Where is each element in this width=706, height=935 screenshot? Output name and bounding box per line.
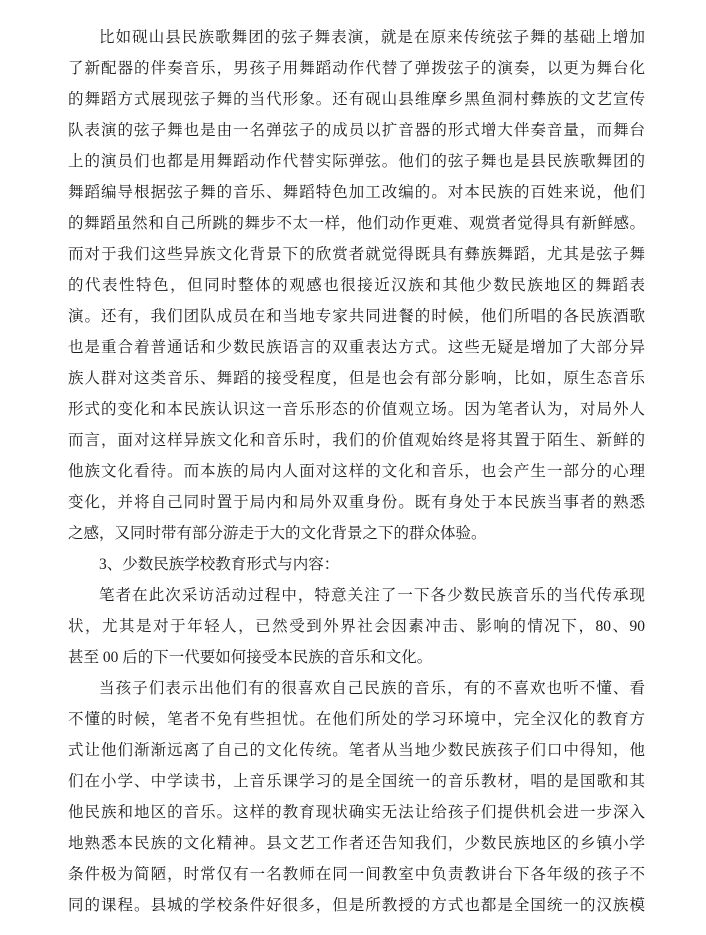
paragraph: 3、少数民族学校教育形式与内容： [68, 549, 645, 580]
text-line: 而对于我们这些异族文化背景下的欣赏者就觉得既具有彝族舞蹈，尤其是弦子舞 [68, 239, 645, 270]
paragraph: 比如砚山县民族歌舞团的弦子舞表演，就是在原来传统弦子舞的基础上增加了新配器的伴奏… [68, 22, 645, 549]
paragraph: 当孩子们表示出他们有的很喜欢自己民族的音乐，有的不喜欢也听不懂、看不懂的时候，笔… [68, 673, 645, 921]
text-line: 们在小学、中学读书，上音乐课学习的是全国统一的音乐教材，唱的是国歌和其 [68, 766, 645, 797]
text-line: 也是重合着普通话和少数民族语言的双重表达方式。这些无疑是增加了大部分异 [68, 332, 645, 363]
text-line: 比如砚山县民族歌舞团的弦子舞表演，就是在原来传统弦子舞的基础上增加 [68, 22, 645, 53]
text-line: 甚至 00 后的下一代要如何接受本民族的音乐和文化。 [68, 642, 645, 673]
text-line: 他民族和地区的音乐。这样的教育现状确实无法让给孩子们提供机会进一步深入 [68, 797, 645, 828]
text-line: 不懂的时候，笔者不免有些担忧。在他们所处的学习环境中，完全汉化的教育方 [68, 704, 645, 735]
text-line: 式让他们渐渐远离了自己的文化传统。笔者从当地少数民族孩子们口中得知，他 [68, 735, 645, 766]
text-line: 条件极为简陋，时常仅有一名教师在同一间教室中负责教讲台下各年级的孩子不 [68, 859, 645, 890]
document-page: 比如砚山县民族歌舞团的弦子舞表演，就是在原来传统弦子舞的基础上增加了新配器的伴奏… [0, 0, 706, 935]
text-line: 的舞蹈虽然和自己所跳的舞步不太一样，他们动作更难、观赏者觉得具有新鲜感。 [68, 208, 645, 239]
text-line: 同的课程。县城的学校条件好很多，但是所教授的方式也都是全国统一的汉族模 [68, 890, 645, 921]
text-block: 比如砚山县民族歌舞团的弦子舞表演，就是在原来传统弦子舞的基础上增加了新配器的伴奏… [68, 22, 645, 921]
paragraph: 笔者在此次采访活动过程中，特意关注了一下各少数民族音乐的当代传承现状，尤其是对于… [68, 580, 645, 673]
text-line: 上的演员们也都是用舞蹈动作代替实际弹弦。他们的弦子舞也是县民族歌舞团的 [68, 146, 645, 177]
text-line: 变化，并将自己同时置于局内和局外双重身份。既有身处于本民族当事者的熟悉 [68, 487, 645, 518]
text-line: 地熟悉本民族的文化精神。县文艺工作者还告知我们，少数民族地区的乡镇小学 [68, 828, 645, 859]
text-line: 笔者在此次采访活动过程中，特意关注了一下各少数民族音乐的当代传承现 [68, 580, 645, 611]
text-line: 的代表性特色，但同时整体的观感也很接近汉族和其他少数民族地区的舞蹈表 [68, 270, 645, 301]
text-line: 而言，面对这样异族文化和音乐时，我们的价值观始终是将其置于陌生、新鲜的 [68, 425, 645, 456]
text-line: 3、少数民族学校教育形式与内容： [68, 549, 645, 580]
text-line: 状，尤其是对于年轻人，已然受到外界社会因素冲击、影响的情况下，80、90 [68, 611, 645, 642]
text-line: 舞蹈编导根据弦子舞的音乐、舞蹈特色加工改编的。对本民族的百姓来说，他们 [68, 177, 645, 208]
text-line: 之感，又同时带有部分游走于大的文化背景之下的群众体验。 [68, 518, 645, 549]
text-line: 队表演的弦子舞也是由一名弹弦子的成员以扩音器的形式增大伴奏音量，而舞台 [68, 115, 645, 146]
text-line: 的舞蹈方式展现弦子舞的当代形象。还有砚山县维摩乡黑鱼洞村彝族的文艺宣传 [68, 84, 645, 115]
text-line: 演。还有，我们团队成员在和当地专家共同进餐的时候，他们所唱的各民族酒歌 [68, 301, 645, 332]
text-line: 他族文化看待。而本族的局内人面对这样的文化和音乐，也会产生一部分的心理 [68, 456, 645, 487]
text-line: 当孩子们表示出他们有的很喜欢自己民族的音乐，有的不喜欢也听不懂、看 [68, 673, 645, 704]
text-line: 了新配器的伴奏音乐，男孩子用舞蹈动作代替了弹拨弦子的演奏，以更为舞台化 [68, 53, 645, 84]
text-line: 形式的变化和本民族认识这一音乐形态的价值观立场。因为笔者认为，对局外人 [68, 394, 645, 425]
text-line: 族人群对这类音乐、舞蹈的接受程度，但是也会有部分影响，比如，原生态音乐 [68, 363, 645, 394]
